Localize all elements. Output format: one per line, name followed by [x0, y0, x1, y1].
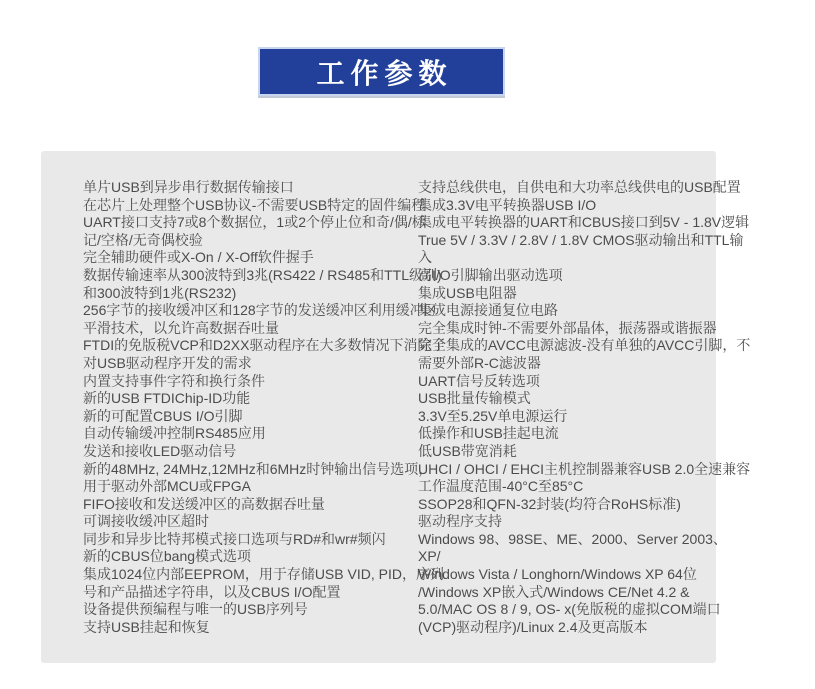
spec-line: 支持总线供电，自供电和大功率总线供电的USB配置 — [418, 179, 706, 197]
spec-line: 内置支持事件字符和换行条件 — [83, 373, 413, 391]
spec-line: 完全辅助硬件或X-On / X-Off软件握手 — [83, 249, 413, 267]
spec-line: 在芯片上处理整个USB协议-不需要USB特定的固件编程 — [83, 197, 413, 215]
spec-line: 设备提供预编程与唯一的USB序列号 — [83, 601, 413, 619]
spec-line: 发送和接收LED驱动信号 — [83, 443, 413, 461]
spec-line: 自动传输缓冲控制RS485应用 — [83, 425, 413, 443]
spec-line: 新的48MHz, 24MHz,12MHz和6MHz时钟输出信号选项， — [83, 461, 413, 479]
spec-column-left: 单片USB到异步串行数据传输接口在芯片上处理整个USB协议-不需要USB特定的固… — [83, 179, 413, 663]
spec-line: 和300波特到1兆(RS232) — [83, 285, 413, 303]
spec-line: 集成USB电阻器 — [418, 285, 706, 303]
spec-line: 同步和异步比特邦模式接口选项与RD#和wr#频闪 — [83, 531, 413, 549]
spec-line: 集成1024位内部EEPROM，用于存储USB VID, PID，序列 — [83, 566, 413, 584]
spec-line: 新的USB FTDIChip-ID功能 — [83, 390, 413, 408]
spec-panel: 单片USB到异步串行数据传输接口在芯片上处理整个USB协议-不需要USB特定的固… — [41, 151, 716, 663]
spec-line: FTDI的免版税VCP和D2XX驱动程序在大多数情况下消除了 — [83, 337, 413, 355]
spec-line: 3.3V至5.25V单电源运行 — [418, 408, 706, 426]
spec-line: 对USB驱动程序开发的需求 — [83, 355, 413, 373]
spec-line: 可调接收缓冲区超时 — [83, 513, 413, 531]
spec-line: 支持USB挂起和恢复 — [83, 619, 413, 637]
spec-line: True 5V / 3.3V / 2.8V / 1.8V CMOS驱动输出和TT… — [418, 232, 706, 250]
spec-line: (VCP)驱动程序)/Linux 2.4及更高版本 — [418, 619, 706, 637]
section-title-banner: 工作参数 — [258, 47, 505, 96]
spec-line: 集成电源接通复位电路 — [418, 302, 706, 320]
spec-line: XP/ — [418, 548, 706, 566]
spec-line: 低USB带宽消耗 — [418, 443, 706, 461]
spec-line: 需要外部R-C滤波器 — [418, 355, 706, 373]
spec-line: 新的可配置CBUS I/O引脚 — [83, 408, 413, 426]
spec-line: Windows Vista / Longhorn/Windows XP 64位 — [418, 566, 706, 584]
section-title: 工作参数 — [310, 52, 452, 92]
spec-line: USB批量传输模式 — [418, 390, 706, 408]
spec-line: 用于驱动外部MCU或FPGA — [83, 478, 413, 496]
spec-line: 完全集成时钟-不需要外部晶体，振荡器或谐振器 — [418, 320, 706, 338]
spec-line: 新的CBUS位bang模式选项 — [83, 548, 413, 566]
spec-line: 完全集成的AVCC电源滤波-没有单独的AVCC引脚，不 — [418, 337, 706, 355]
spec-line: SSOP28和QFN-32封装(均符合RoHS标准) — [418, 496, 706, 514]
spec-line: FIFO接收和发送缓冲区的高数据吞吐量 — [83, 496, 413, 514]
spec-line: 256字节的接收缓冲区和128字节的发送缓冲区利用缓冲区 — [83, 302, 413, 320]
spec-line: 驱动程序支持 — [418, 513, 706, 531]
spec-line: UART接口支持7或8个数据位，1或2个停止位和奇/偶/标 — [83, 214, 413, 232]
spec-line: 集成电平转换器的UART和CBUS接口到5V - 1.8V逻辑 — [418, 214, 706, 232]
spec-line: /Windows XP嵌入式/Windows CE/Net 4.2 & — [418, 584, 706, 602]
spec-line: 入 — [418, 249, 706, 267]
spec-line: 记/空格/无奇偶校验 — [83, 232, 413, 250]
spec-line: UHCI / OHCI / EHCI主机控制器兼容USB 2.0全速兼容 — [418, 461, 706, 479]
spec-line: 工作温度范围-40°C至85°C — [418, 478, 706, 496]
spec-line: Windows 98、98SE、ME、2000、Server 2003、 — [418, 531, 706, 549]
spec-line: 低操作和USB挂起电流 — [418, 425, 706, 443]
spec-column-right: 支持总线供电，自供电和大功率总线供电的USB配置集成3.3V电平转换器USB I… — [418, 179, 706, 663]
spec-line: 平滑技术，以允许高数据吞吐量 — [83, 320, 413, 338]
spec-line: 号和产品描述字符串，以及CBUS I/O配置 — [83, 584, 413, 602]
spec-line: 集成3.3V电平转换器USB I/O — [418, 197, 706, 215]
spec-line: 数据传输速率从300波特到3兆(RS422 / RS485和TTL级别) — [83, 267, 413, 285]
spec-line: 高I/O引脚输出驱动选项 — [418, 267, 706, 285]
spec-line: UART信号反转选项 — [418, 373, 706, 391]
spec-line: 5.0/MAC OS 8 / 9, OS- x(免版税的虚拟COM端口 — [418, 601, 706, 619]
spec-line: 单片USB到异步串行数据传输接口 — [83, 179, 413, 197]
